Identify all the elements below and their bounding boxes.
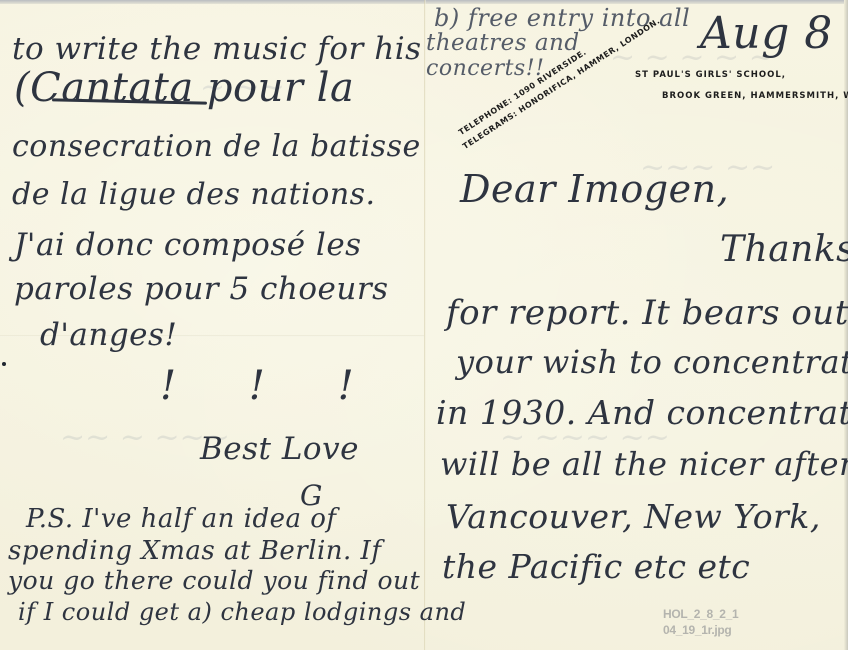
ink-spot xyxy=(2,362,6,366)
margin-note-line: theatres and xyxy=(426,32,580,55)
letter-line: for report. It bears out xyxy=(446,296,848,330)
letter-line: paroles pour 5 choeurs xyxy=(14,274,389,305)
postscript-line: you go there could you find out xyxy=(8,568,420,593)
letter-line: your wish to concentrate xyxy=(456,346,848,378)
letter-line: will be all the nicer after xyxy=(440,448,848,480)
margin-note-line: concerts!! xyxy=(426,58,544,80)
center-fold-line xyxy=(424,0,426,650)
letter-line: the Pacific etc etc xyxy=(442,550,750,583)
letter-line: in 1930. And concentrating xyxy=(436,396,848,429)
letter-line: Vancouver, New York, xyxy=(446,500,821,533)
letter-line: J'ai donc composé les xyxy=(14,230,362,261)
scanned-letter: ~ ~ ~ ~ ~ ~~~ ~~ ~ ~~~ ~~ ~~ ~ ~~~ ~ ~~ … xyxy=(0,0,848,650)
postscript-line: if I could get a) cheap lodgings and xyxy=(18,600,466,624)
letter-line: consecration de la batisse xyxy=(12,132,421,162)
letter-line: de la ligue des nations. xyxy=(12,180,376,210)
salutation: Dear Imogen, xyxy=(460,170,729,208)
closing: Best Love xyxy=(200,434,359,465)
letter-line: to write the music for his xyxy=(12,34,422,65)
letterhead-address: BROOK GREEN, HAMMERSMITH, W. 6. xyxy=(662,91,848,101)
letter-line: Thanks xyxy=(720,232,848,268)
filename-watermark: HOL_2_8_2_104_19_1r.jpg xyxy=(663,606,743,638)
letterhead-school-name: ST PAUL'S GIRLS' SCHOOL, xyxy=(635,70,786,80)
postscript-line: spending Xmas at Berlin. If xyxy=(8,538,381,564)
letter-date: Aug 8 xyxy=(700,12,833,56)
exclamation-marks: ! ! ! xyxy=(160,366,384,406)
letter-line: d'anges! xyxy=(40,320,177,351)
postscript-line: P.S. I've half an idea of xyxy=(26,506,337,532)
